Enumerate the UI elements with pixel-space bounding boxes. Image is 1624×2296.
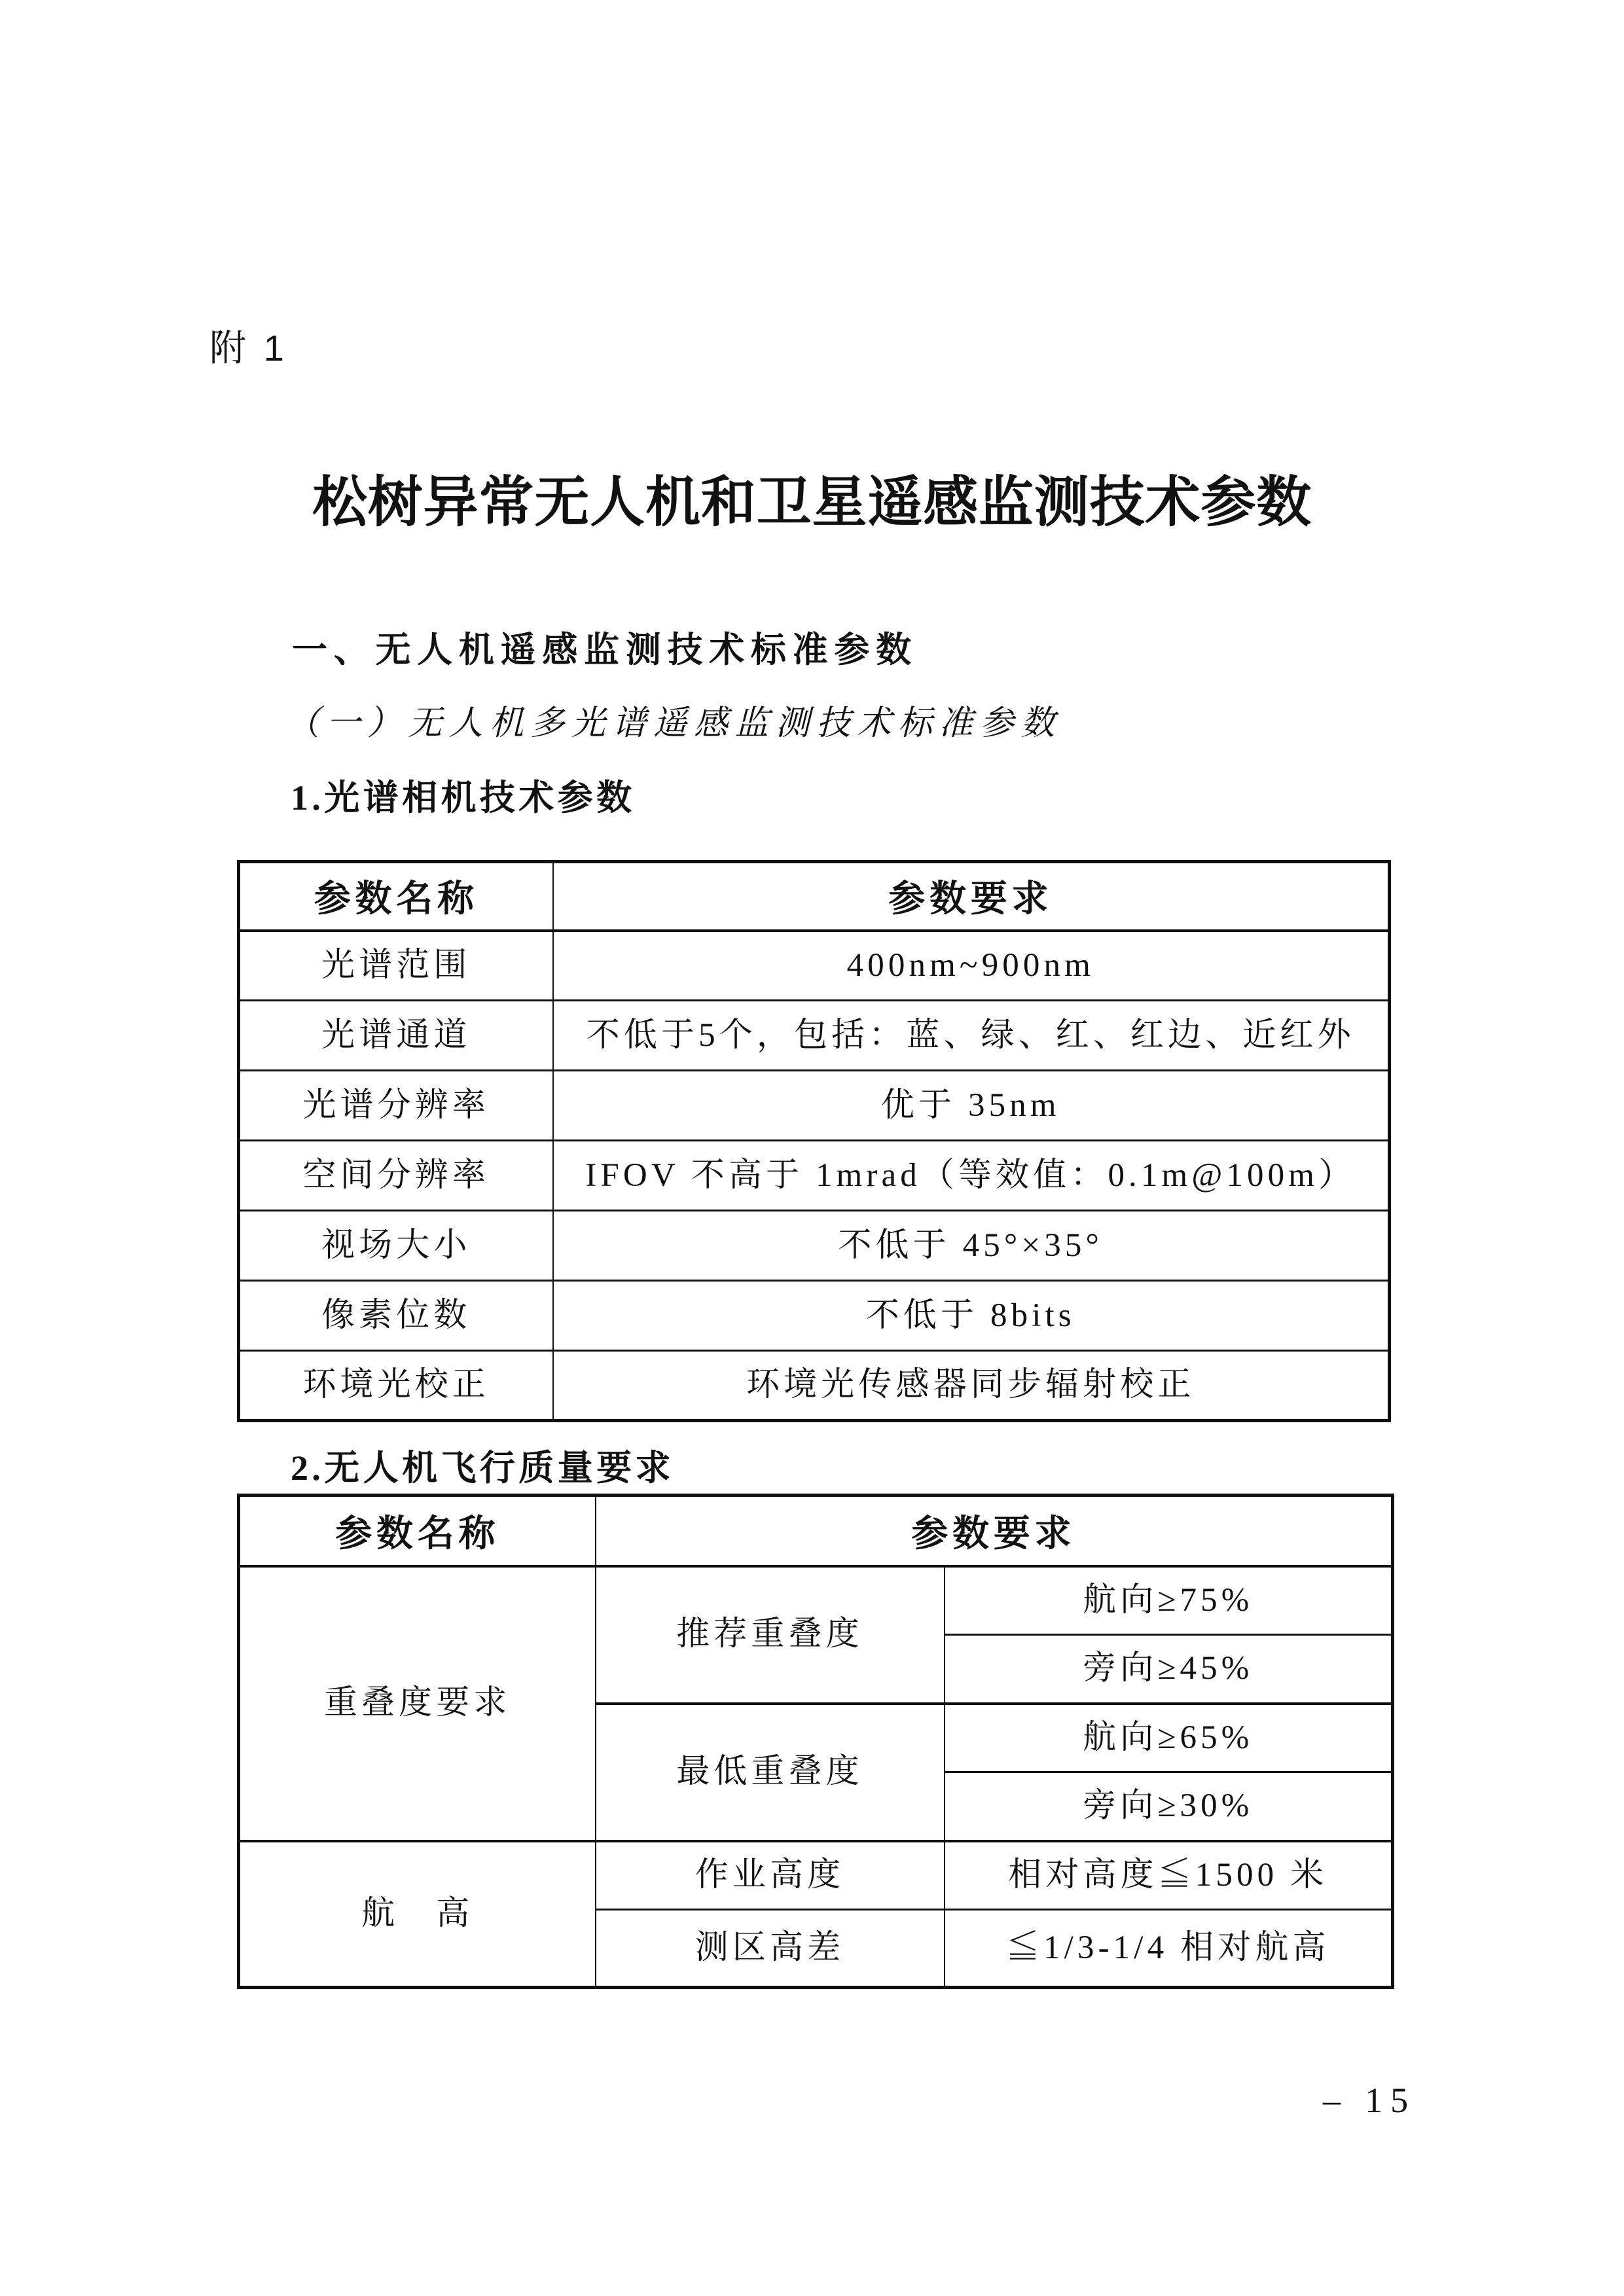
table1-row4-req: 不低于 45°×35°	[553, 1211, 1390, 1281]
table1-row0-req: 400nm~900nm	[553, 931, 1390, 1001]
subsection-heading-multispectral: （一）无人机多光谱遥感监测技术标准参数	[285, 695, 1062, 744]
table2-altitude-group-label: 航 高	[239, 1841, 596, 1988]
table2-minimum-overlap-label: 最低重叠度	[596, 1704, 945, 1841]
document-page: 附 1 松树异常无人机和卫星遥感监测技术参数 一、无人机遥感监测技术标准参数 （…	[0, 0, 1624, 2296]
table-row: 空间分辨率 IFOV 不高于 1mrad（等效值：0.1m@100m）	[239, 1141, 1390, 1211]
table1-row6-req: 环境光传感器同步辐射校正	[553, 1351, 1390, 1421]
table1-row4-name: 视场大小	[239, 1211, 553, 1281]
table-row: 航 高 作业高度 相对高度≦1500 米	[239, 1841, 1393, 1910]
table-row: 光谱分辨率 优于 35nm	[239, 1071, 1390, 1141]
table-row: 光谱通道 不低于5个，包括：蓝、绿、红、红边、近红外	[239, 1001, 1390, 1071]
table2-terrain-relief-value: ≦1/3-1/4 相对航高	[945, 1910, 1393, 1988]
table2-heading: 2.无人机飞行质量要求	[291, 1440, 674, 1490]
table1-row1-name: 光谱通道	[239, 1001, 553, 1071]
table-row: 环境光校正 环境光传感器同步辐射校正	[239, 1351, 1390, 1421]
table2-header-param-req: 参数要求	[596, 1496, 1393, 1566]
table1-row5-name: 像素位数	[239, 1281, 553, 1351]
page-title: 松树异常无人机和卫星遥感监测技术参数	[0, 458, 1624, 537]
table2-recommended-heading-value: 航向≥75%	[945, 1566, 1393, 1635]
table2-header-param-name: 参数名称	[239, 1496, 596, 1566]
table1-row3-req: IFOV 不高于 1mrad（等效值：0.1m@100m）	[553, 1141, 1390, 1211]
table2-terrain-relief-label: 测区高差	[596, 1910, 945, 1988]
table2-overlap-group-label: 重叠度要求	[239, 1566, 596, 1841]
table-row: 光谱范围 400nm~900nm	[239, 931, 1390, 1001]
spectral-camera-parameters-table: 参数名称 参数要求 光谱范围 400nm~900nm 光谱通道 不低于5个，包括…	[237, 860, 1391, 1422]
table-row: 视场大小 不低于 45°×35°	[239, 1211, 1390, 1281]
table2-recommended-side-value: 旁向≥45%	[945, 1635, 1393, 1704]
table2-recommended-overlap-label: 推荐重叠度	[596, 1566, 945, 1704]
table1-row3-name: 空间分辨率	[239, 1141, 553, 1211]
table1-row5-req: 不低于 8bits	[553, 1281, 1390, 1351]
flight-quality-requirements-table: 参数名称 参数要求 重叠度要求 推荐重叠度 航向≥75% 旁向≥45% 最低重叠…	[237, 1494, 1394, 1989]
table2-minimum-side-value: 旁向≥30%	[945, 1772, 1393, 1841]
table2-working-height-value: 相对高度≦1500 米	[945, 1841, 1393, 1910]
table-row: 像素位数 不低于 8bits	[239, 1281, 1390, 1351]
table1-row2-req: 优于 35nm	[553, 1071, 1390, 1141]
table2-working-height-label: 作业高度	[596, 1841, 945, 1910]
table1-row2-name: 光谱分辨率	[239, 1071, 553, 1141]
table1-header-param-name: 参数名称	[239, 862, 553, 931]
table-row: 参数名称 参数要求	[239, 862, 1390, 931]
table-row: 参数名称 参数要求	[239, 1496, 1393, 1566]
page-number: – 15	[1323, 2080, 1416, 2121]
table1-row6-name: 环境光校正	[239, 1351, 553, 1421]
attachment-label: 附 1	[209, 319, 288, 372]
table1-row0-name: 光谱范围	[239, 931, 553, 1001]
section-heading-uav-standard: 一、无人机遥感监测技术标准参数	[292, 622, 918, 672]
table-row: 重叠度要求 推荐重叠度 航向≥75%	[239, 1566, 1393, 1635]
table1-row1-req: 不低于5个，包括：蓝、绿、红、红边、近红外	[553, 1001, 1390, 1071]
table1-header-param-req: 参数要求	[553, 862, 1390, 931]
table1-heading: 1.光谱相机技术参数	[291, 770, 636, 820]
table2-minimum-heading-value: 航向≥65%	[945, 1704, 1393, 1772]
